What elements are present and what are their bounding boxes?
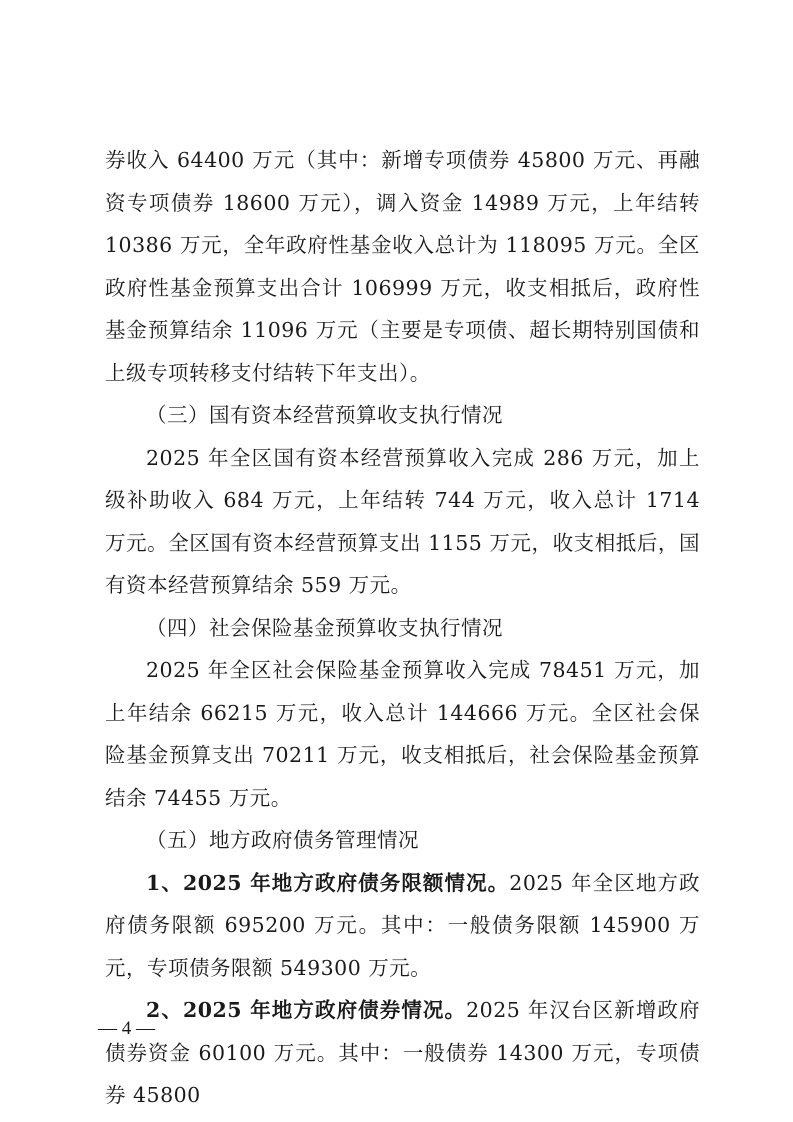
section-heading-social-insurance: （四）社会保险基金预算收支执行情况 [105, 607, 700, 650]
page-number: — 4 — [98, 1018, 155, 1040]
paragraph-debt-limit: 1、2025 年地方政府债务限额情况。2025 年全区地方政府债务限额 6952… [105, 862, 700, 990]
paragraph-state-capital: 2025 年全区国有资本经营预算收入完成 286 万元，加上级补助收入 684 … [105, 437, 700, 607]
section-heading-state-capital: （三）国有资本经营预算收支执行情况 [105, 394, 700, 437]
document-body: 券收入 64400 万元（其中：新增专项债券 45800 万元、再融资专项债券 … [105, 139, 700, 1117]
paragraph-gov-fund-continued: 券收入 64400 万元（其中：新增专项债券 45800 万元、再融资专项债券 … [105, 139, 700, 394]
bonds-lead: 2、2025 年地方政府债券情况。 [146, 998, 466, 1022]
debt-limit-lead: 1、2025 年地方政府债务限额情况。 [146, 871, 509, 895]
paragraph-social-insurance: 2025 年全区社会保险基金预算收入完成 78451 万元，加上年结余 6621… [105, 649, 700, 819]
paragraph-bonds: 2、2025 年地方政府债券情况。2025 年汉台区新增政府债券资金 60100… [105, 989, 700, 1117]
section-heading-debt-management: （五）地方政府债务管理情况 [105, 819, 700, 862]
